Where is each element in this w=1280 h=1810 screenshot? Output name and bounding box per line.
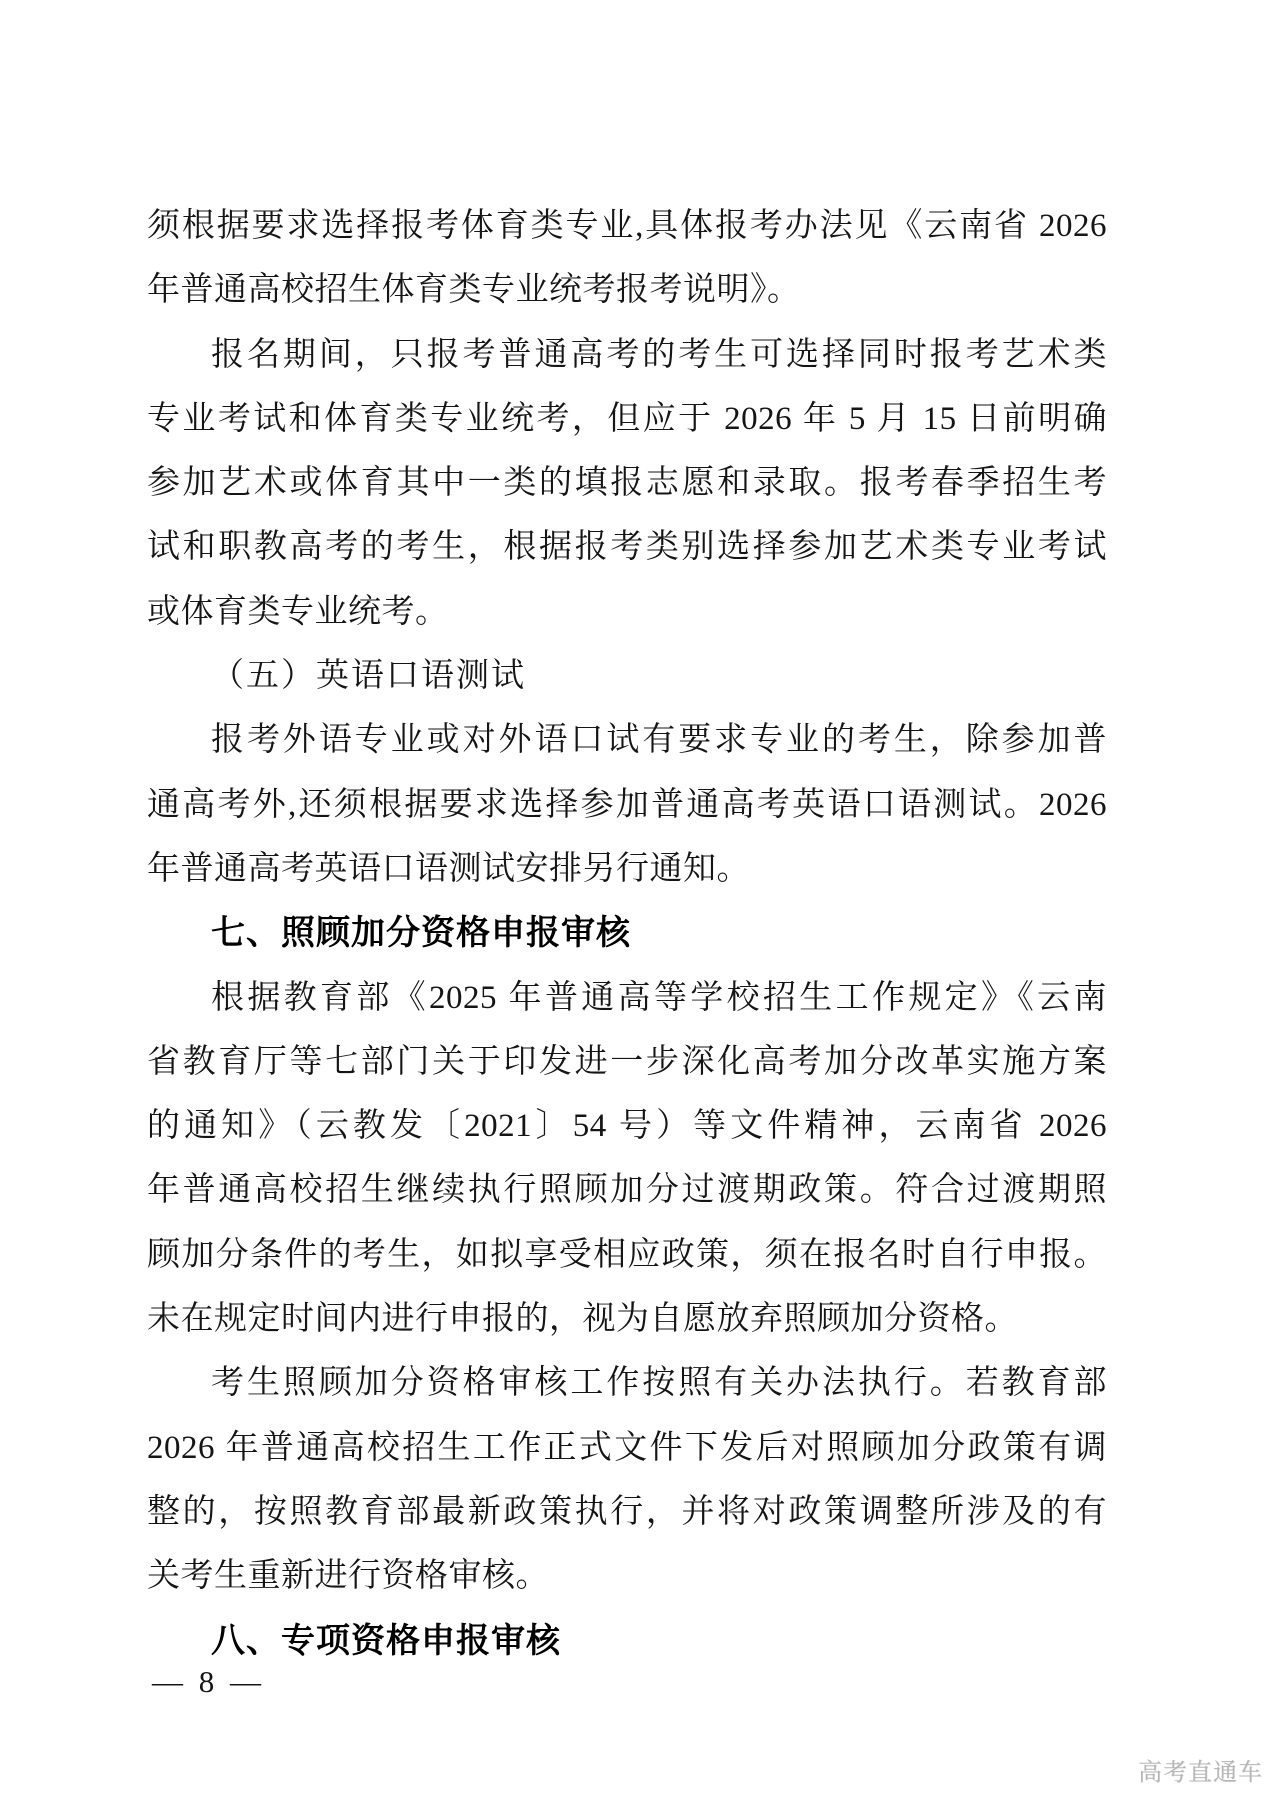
text-line: 考生照顾加分资格审核工作按照有关办法执行。若教育部: [147, 1351, 1107, 1415]
text-line: 须根据要求选择报考体育类专业,具体报考办法见《云南省 2026: [147, 194, 1107, 258]
text-line: 2026 年普通高校招生工作正式文件下发后对照顾加分政策有调: [147, 1416, 1107, 1480]
text-line: 顾加分条件的考生，如拟享受相应政策，须在报名时自行申报。: [147, 1223, 1107, 1287]
text-line: 年普通高校招生体育类专业统考报考说明》。: [147, 258, 1107, 322]
text-line: 参加艺术或体育其中一类的填报志愿和录取。报考春季招生考: [147, 451, 1107, 515]
paragraph: 报名期间，只报考普通高考的考生可选择同时报考艺术类专业考试和体育类专业统考，但应…: [147, 323, 1107, 644]
section-heading: 八、专项资格申报审核: [147, 1609, 1107, 1673]
paragraph: 须根据要求选择报考体育类专业,具体报考办法见《云南省 2026年普通高校招生体育…: [147, 194, 1107, 323]
text-line: 报考外语专业或对外语口试有要求专业的考生，除参加普: [147, 708, 1107, 772]
text-line: 年普通高考英语口语测试安排另行通知。: [147, 837, 1107, 901]
text-line: 通高考外,还须根据要求选择参加普通高考英语口语测试。2026: [147, 773, 1107, 837]
text-line: （五）英语口语测试: [147, 644, 1107, 708]
paragraph: 考生照顾加分资格审核工作按照有关办法执行。若教育部2026 年普通高校招生工作正…: [147, 1351, 1107, 1608]
text-line: 未在规定时间内进行申报的，视为自愿放弃照顾加分资格。: [147, 1287, 1107, 1351]
text-line: 省教育厅等七部门关于印发进一步深化高考加分改革实施方案: [147, 1030, 1107, 1094]
text-line: 的通知》（云教发〔2021〕54 号）等文件精神，云南省 2026: [147, 1094, 1107, 1158]
text-line: 专业考试和体育类专业统考，但应于 2026 年 5 月 15 日前明确: [147, 387, 1107, 451]
paragraph: 报考外语专业或对外语口试有要求专业的考生，除参加普通高考外,还须根据要求选择参加…: [147, 708, 1107, 901]
text-line: 或体育类专业统考。: [147, 580, 1107, 644]
section-heading: 七、照顾加分资格申报审核: [147, 901, 1107, 965]
document-body: 须根据要求选择报考体育类专业,具体报考办法见《云南省 2026年普通高校招生体育…: [147, 194, 1107, 1673]
text-line: 整的，按照教育部最新政策执行，并将对政策调整所涉及的有: [147, 1480, 1107, 1544]
text-line: 七、照顾加分资格申报审核: [147, 901, 1107, 965]
text-line: 年普通高校招生继续执行照顾加分过渡期政策。符合过渡期照: [147, 1158, 1107, 1222]
text-line: 根据教育部《2025 年普通高等学校招生工作规定》《云南: [147, 966, 1107, 1030]
text-line: 报名期间，只报考普通高考的考生可选择同时报考艺术类: [147, 323, 1107, 387]
page-number: — 8 —: [152, 1664, 265, 1700]
watermark: 高考直通车: [1138, 1752, 1263, 1787]
sub-heading: （五）英语口语测试: [147, 644, 1107, 708]
text-line: 关考生重新进行资格审核。: [147, 1544, 1107, 1608]
text-line: 试和职教高考的考生，根据报考类别选择参加艺术类专业考试: [147, 515, 1107, 579]
document-page: 须根据要求选择报考体育类专业,具体报考办法见《云南省 2026年普通高校招生体育…: [0, 0, 1280, 1810]
text-line: 八、专项资格申报审核: [147, 1609, 1107, 1673]
paragraph: 根据教育部《2025 年普通高等学校招生工作规定》《云南省教育厅等七部门关于印发…: [147, 966, 1107, 1352]
